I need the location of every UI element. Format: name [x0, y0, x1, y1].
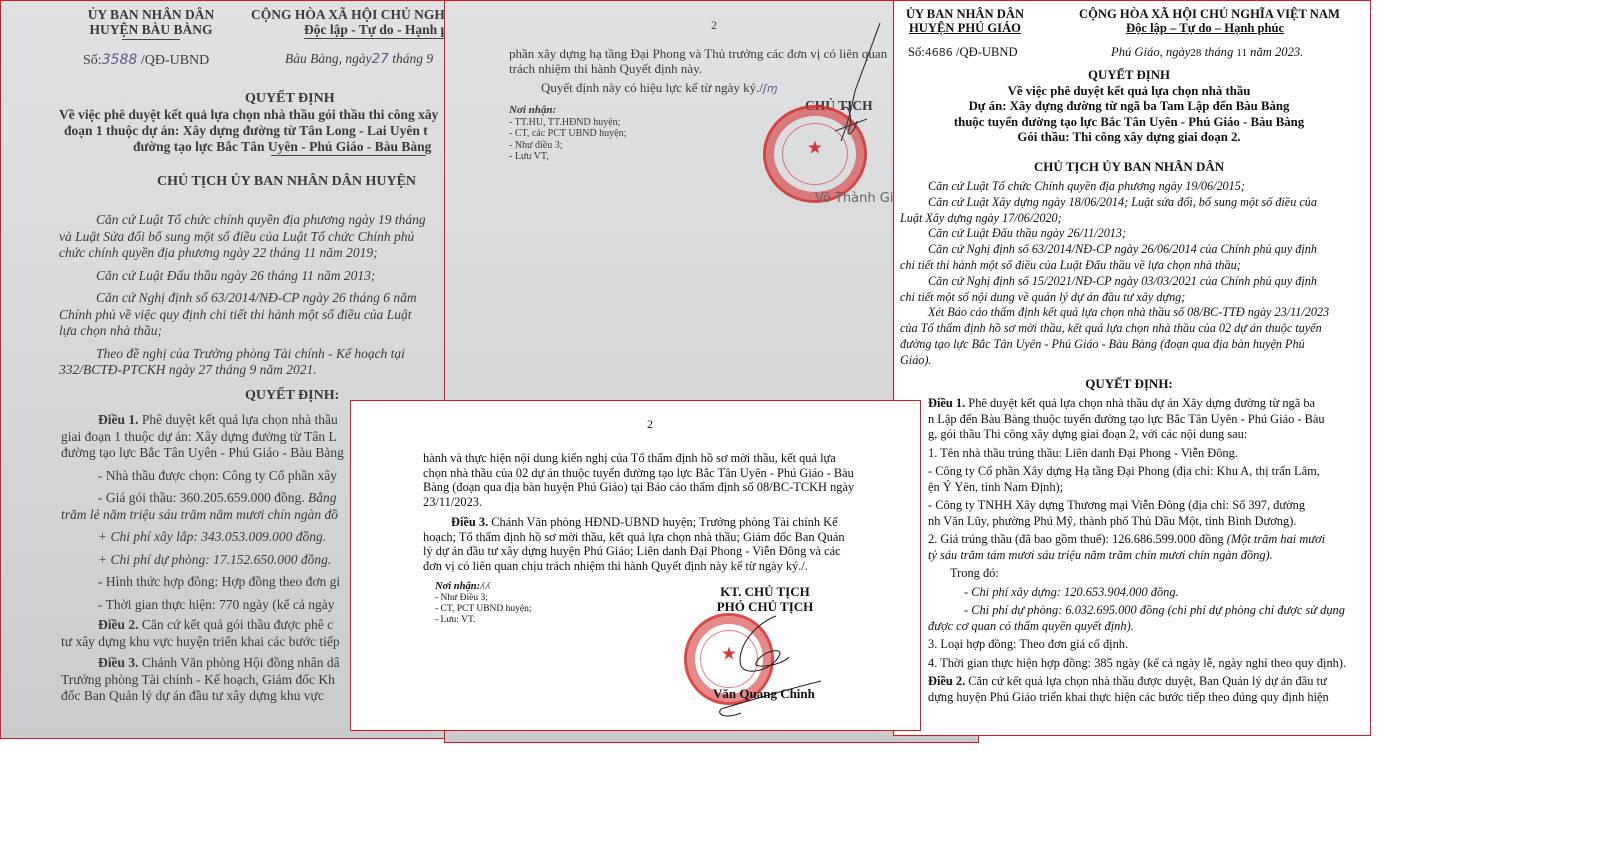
document-title: QUYẾT ĐỊNH — [245, 91, 335, 107]
article-1: Điều 1. Phê duyệt kết quả lựa chọn nhà t… — [928, 396, 1346, 705]
article-line: đốc Ban Quản lý dự án đầu tư xây dựng kh… — [61, 688, 344, 705]
article-line: Căn cứ kết quả gói thầu được phê c — [142, 617, 333, 632]
basis-line: lựa chọn nhà thầu; — [59, 323, 426, 340]
basis-line: của Tổ thẩm định hồ sơ mời thầu, kết quả… — [900, 321, 1329, 337]
recipient-item: - CT, các PCT UBND huyện; — [509, 128, 626, 140]
article-label: Điều 2. — [928, 674, 965, 688]
basis-line: Căn cứ Nghị định số 63/2014/NĐ-CP ngày 2… — [59, 290, 426, 307]
label: Số: — [908, 45, 925, 59]
issuing-agency: ỦY BAN NHÂN DÂN HUYỆN PHÚ GIÁO — [900, 7, 1030, 35]
basis-line: Căn cứ Nghị định số 15/2021/NĐ-CP ngày 0… — [900, 274, 1329, 290]
consortium-member: - Công ty Cổ phần Xây dựng Hạ tầng Đại P… — [928, 464, 1346, 480]
republic-header: CỘNG HÒA XÃ HỘI CHỦ NGHĨA — [251, 7, 445, 23]
initials-handwriting: ʃɱ — [763, 82, 777, 95]
signer-title-line: KT. CHỦ TỊCH — [695, 584, 835, 599]
label: /QĐ-UBND — [141, 53, 209, 68]
basis-line: Căn cứ Luật Xây dựng ngày 18/06/2014; Lu… — [900, 195, 1329, 211]
duration: - Thời gian thực hiện: 770 ngày (kể cả n… — [61, 597, 344, 614]
price-in-words: tỷ sáu trăm tám mươi sáu triệu năm trăm … — [928, 548, 1346, 564]
document-title-block: QUYẾT ĐỊNH Về việc phê duyệt kết quả lựa… — [894, 68, 1364, 146]
decision-heading: QUYẾT ĐỊNH: — [894, 376, 1364, 392]
subject-line: Gói thầu: Thi công xây dựng giai đoạn 2. — [894, 130, 1364, 146]
label: /QĐ-UBND — [956, 45, 1018, 59]
duration: 4. Thời gian thực hiện hợp đồng: 385 ngà… — [928, 656, 1346, 672]
authority-heading: CHỦ TỊCH ỦY BAN NHÂN DÂN — [894, 159, 1364, 175]
basis-line: Theo đề nghị của Trưởng phòng Tài chính … — [59, 346, 426, 363]
decision-number: Số:3588 /QĐ-UBND — [83, 52, 209, 69]
body-line: Bàng (đoạn qua địa bàn huyện Phú Giáo) t… — [423, 480, 854, 495]
page-number: 2 — [647, 417, 653, 432]
effective-line: Quyết định này có hiệu lực kể từ ngày ký… — [541, 80, 763, 95]
article-label: Điều 1. — [928, 396, 965, 410]
handwritten-number: 3588 — [102, 52, 138, 68]
construction-cost: - Chi phí xây dựng: 120.653.904.000 đồng… — [928, 585, 1346, 601]
basis-line: Chính phủ về việc quy định chi tiết thi … — [59, 307, 426, 324]
winning-bidder: 1. Tên nhà thầu trúng thầu: Liên danh Đạ… — [928, 446, 1346, 462]
signature-icon — [805, 21, 885, 161]
recipients-label: Nơi nhận: — [435, 581, 480, 592]
agency-line: HUYỆN PHÚ GIÁO — [909, 21, 1021, 35]
basis-line: Căn cứ Luật Tổ chức Chính quyền địa phươ… — [900, 179, 1329, 195]
body-line: hành và thực hiện nội dung kiến nghị của… — [423, 451, 854, 466]
article-line: đường tạo lực Bắc Tân Uyên - Phú Giáo - … — [61, 445, 344, 462]
contract-form: - Hình thức hợp đồng: Hợp đồng theo đơn … — [61, 574, 344, 591]
article-line: Căn cứ kết quả lựa chọn nhà thầu được du… — [968, 674, 1326, 688]
consortium-member: - Công ty TNHH Xây dựng Thương mại Viễn … — [928, 498, 1346, 514]
article-line: Chánh Văn phòng Hội đồng nhân dâ — [142, 655, 340, 670]
contract-type: 3. Loại hợp đồng: Theo đơn giá cố định. — [928, 637, 1346, 653]
basis-line: Giáo). — [900, 353, 1329, 369]
signer-name: Văn Quang Chinh — [713, 686, 815, 702]
recipient-item: - TT.HU, TT.HĐND huyện; — [509, 117, 626, 129]
body-line: 23/11/2023. — [423, 495, 854, 510]
handwritten-month: 11 — [1236, 47, 1247, 59]
place-date: Bàu Bàng, ngày27 tháng 9 — [285, 51, 433, 67]
divider — [122, 39, 180, 40]
document-subject: Về việc phê duyệt kết quả lựa chọn nhà t… — [59, 107, 438, 156]
recipients-block: Nơi nhận:ʎʎ - Như Điều 3; - CT, PCT UBND… — [435, 581, 532, 626]
article-label: Điều 3. — [451, 515, 488, 529]
authority-heading: CHỦ TỊCH ỦY BAN NHÂN DÂN HUYỆN — [157, 174, 416, 190]
article-line: g, gói thầu Thi công xây dựng giai đoạn … — [928, 427, 1346, 443]
basis-line: Căn cứ Luật Đấu thầu ngày 26/11/2013; — [900, 226, 1329, 242]
basis-line: Xét Báo cáo thẩm định kết quả lựa chọn n… — [900, 305, 1329, 321]
label: tháng — [1205, 45, 1234, 59]
agency-line: HUYỆN BÀU BÀNG — [71, 22, 231, 37]
decision-heading: QUYẾT ĐỊNH: — [245, 388, 339, 404]
price-in-words: Bằng — [308, 490, 337, 505]
document-phu-giao-page-1: ỦY BAN NHÂN DÂN HUYỆN PHÚ GIÁO CỘNG HÒA … — [893, 0, 1371, 736]
issuing-agency: ỦY BAN NHÂN DÂN HUYỆN BÀU BÀNG — [71, 7, 231, 40]
signature-icon — [701, 611, 841, 721]
recipient-item: - CT, PCT UBND huyện; — [435, 604, 532, 615]
basis-line: 332/BCTĐ-PTCKH ngày 27 tháng 9 năm 2021. — [59, 362, 426, 379]
article-line: Phê duyệt kết quả lựa chọn nhà thầu dự á… — [968, 396, 1315, 410]
label: tháng 9 — [392, 51, 433, 66]
national-motto: Độc lập - Tự do - Hạnh phúc — [304, 22, 445, 38]
basis-line: chi tiết thi hành một số điều của Luật Đ… — [900, 258, 1329, 274]
document-phu-giao-page-2: 2 hành và thực hiện nội dung kiến nghị c… — [350, 400, 921, 731]
signer-title: KT. CHỦ TỊCH PHÓ CHỦ TỊCH — [695, 584, 835, 614]
package-price: - Giá gói thầu: 360.205.659.000 đồng. — [98, 490, 305, 505]
national-motto: Độc lập – Tự do – Hạnh phúc — [1126, 21, 1284, 36]
article-line: n Lập đến Bàu Bàng thuộc tuyến đường tạo… — [928, 412, 1346, 428]
label: Bàu Bàng, ngày — [285, 51, 372, 66]
handwritten-day: 27 — [372, 51, 389, 67]
subject-line: đoạn 1 thuộc dự án: Xây dựng đường từ Tâ… — [59, 123, 438, 139]
basis-line: Căn cứ Nghị định số 63/2014/NĐ-CP ngày 2… — [900, 242, 1329, 258]
article-line: dựng huyện Phú Giáo triển khai thực hiện… — [928, 690, 1346, 706]
contingency-cost: - Chi phí dự phòng: 6.032.695.000 đồng (… — [928, 603, 1346, 619]
article-line: tư xây dựng khu vực huyện triển khai các… — [61, 634, 344, 651]
basis-line: Căn cứ Luật Tổ chức chính quyền địa phươ… — [59, 212, 426, 229]
subject-line: đường tạo lực Bắc Tân Uyên - Phú Giáo - … — [59, 139, 438, 155]
document-title: QUYẾT ĐỊNH — [894, 68, 1364, 84]
decision-number: Số:4686 /QĐ-UBND — [908, 45, 1018, 60]
basis-line: đường tạo lực Bắc Tân Uyên - Phú Giáo - … — [900, 337, 1329, 353]
recipient-item: - Như Điều 3; — [435, 593, 532, 604]
article-line: giai đoạn 1 thuộc dự án: Xây dựng đường … — [61, 429, 344, 446]
article-label: Điều 1. — [98, 412, 139, 427]
price-in-words: (Một trăm hai mươi — [1227, 532, 1325, 546]
subject-line: thuộc tuyến đường tạo lực Bắc Tân Uyên -… — [894, 115, 1364, 131]
body-text: hành và thực hiện nội dung kiến nghị của… — [423, 451, 854, 573]
subject-line: Về việc phê duyệt kết quả lựa chọn nhà t… — [59, 107, 438, 123]
subject-line: Dự án: Xây dựng đường từ ngã ba Tam Lập … — [894, 99, 1364, 115]
contingency-cost: được cơ quan có thẩm quyền quyết định). — [928, 619, 1346, 635]
basis-line: Luật Xây dựng ngày 17/06/2020; — [900, 211, 1329, 227]
article-1: Điều 1. Phê duyệt kết quả lựa chọn nhà t… — [61, 412, 344, 705]
consortium-member: nh Văn Lũy, phường Phú Mỹ, thành phố Thủ… — [928, 514, 1346, 530]
article-line: đơn vị có liên quan chịu trách nhiệm thi… — [423, 559, 854, 574]
divider — [304, 38, 445, 39]
article-line: Trưởng phòng Tài chính - Kế hoạch, Giám … — [61, 672, 344, 689]
label: Số: — [83, 53, 102, 68]
of-which-label: Trong đó: — [928, 566, 1346, 582]
article-label: Điều 2. — [98, 617, 139, 632]
article-line: hoạch; Tổ thẩm định hồ sơ mời thầu, kết … — [423, 530, 854, 545]
agency-line: ỦY BAN NHÂN DÂN — [900, 7, 1030, 21]
recipient-item: - Lưu: VT. — [435, 615, 532, 626]
contingency-cost: + Chi phí dự phòng: 17.152.650.000 đồng. — [61, 552, 344, 569]
place-date: Phú Giáo, ngày28 tháng 11 năm 2023. — [1111, 45, 1303, 60]
label: Phú Giáo, ngày — [1111, 45, 1190, 59]
republic-header: CỘNG HÒA XÃ HỘI CHỦ NGHĨA VIỆT NAM — [1079, 7, 1340, 22]
article-label: Điều 3. — [98, 655, 139, 670]
article-line: lý dự án đầu tư xây dựng huyện Phú Giáo;… — [423, 544, 854, 559]
divider — [271, 155, 426, 156]
body-line: chọn nhà thầu của 02 dự án thuộc tuyến đ… — [423, 466, 854, 481]
agency-line: ỦY BAN NHÂN DÂN — [71, 7, 231, 22]
price-in-words: trăm lẻ năm triệu sáu trăm năm mươi chín… — [61, 507, 344, 524]
basis-line: và Luật Sửa đổi bổ sung một số điều của … — [59, 229, 426, 246]
handwritten-number: 4686 — [925, 46, 953, 59]
recipients-label: Nơi nhận: — [509, 105, 626, 117]
label: năm 2023. — [1250, 45, 1303, 59]
legal-bases: Căn cứ Luật Tổ chức Chính quyền địa phươ… — [900, 179, 1329, 369]
basis-line: Căn cứ Luật Đấu thầu ngày 26 tháng 11 nă… — [59, 268, 426, 285]
winning-price: 2. Giá trúng thầu (đã bao gồm thuế): 126… — [928, 532, 1224, 546]
recipient-item: - Như điều 3; — [509, 140, 626, 152]
basis-line: chức chính quyền địa phương ngày 22 thán… — [59, 245, 426, 262]
handwritten-day: 28 — [1190, 47, 1201, 59]
construction-cost: + Chi phí xây lắp: 343.053.009.000 đồng. — [61, 529, 344, 546]
article-line: Phê duyệt kết quả lựa chọn nhà thầu — [142, 412, 338, 427]
subject-line: Về việc phê duyệt kết quả lựa chọn nhà t… — [894, 84, 1364, 100]
consortium-member: ện Ý Yên, tỉnh Nam Định); — [928, 480, 1346, 496]
legal-bases: Căn cứ Luật Tổ chức chính quyền địa phươ… — [59, 212, 426, 379]
page-number: 2 — [711, 18, 717, 33]
contractor-line: - Nhà thầu được chọn: Công ty Cổ phần xâ… — [61, 468, 344, 485]
recipients-block: Nơi nhận: - TT.HU, TT.HĐND huyện; - CT, … — [509, 105, 626, 163]
recipient-item: - Lưu VT, — [509, 151, 626, 163]
initials-handwriting: ʎʎ — [480, 582, 491, 592]
article-line: Chánh Văn phòng HĐND-UBND huyện; Trưởng … — [491, 515, 837, 529]
basis-line: chi tiết một số nội dung về quản lý dự á… — [900, 290, 1329, 306]
